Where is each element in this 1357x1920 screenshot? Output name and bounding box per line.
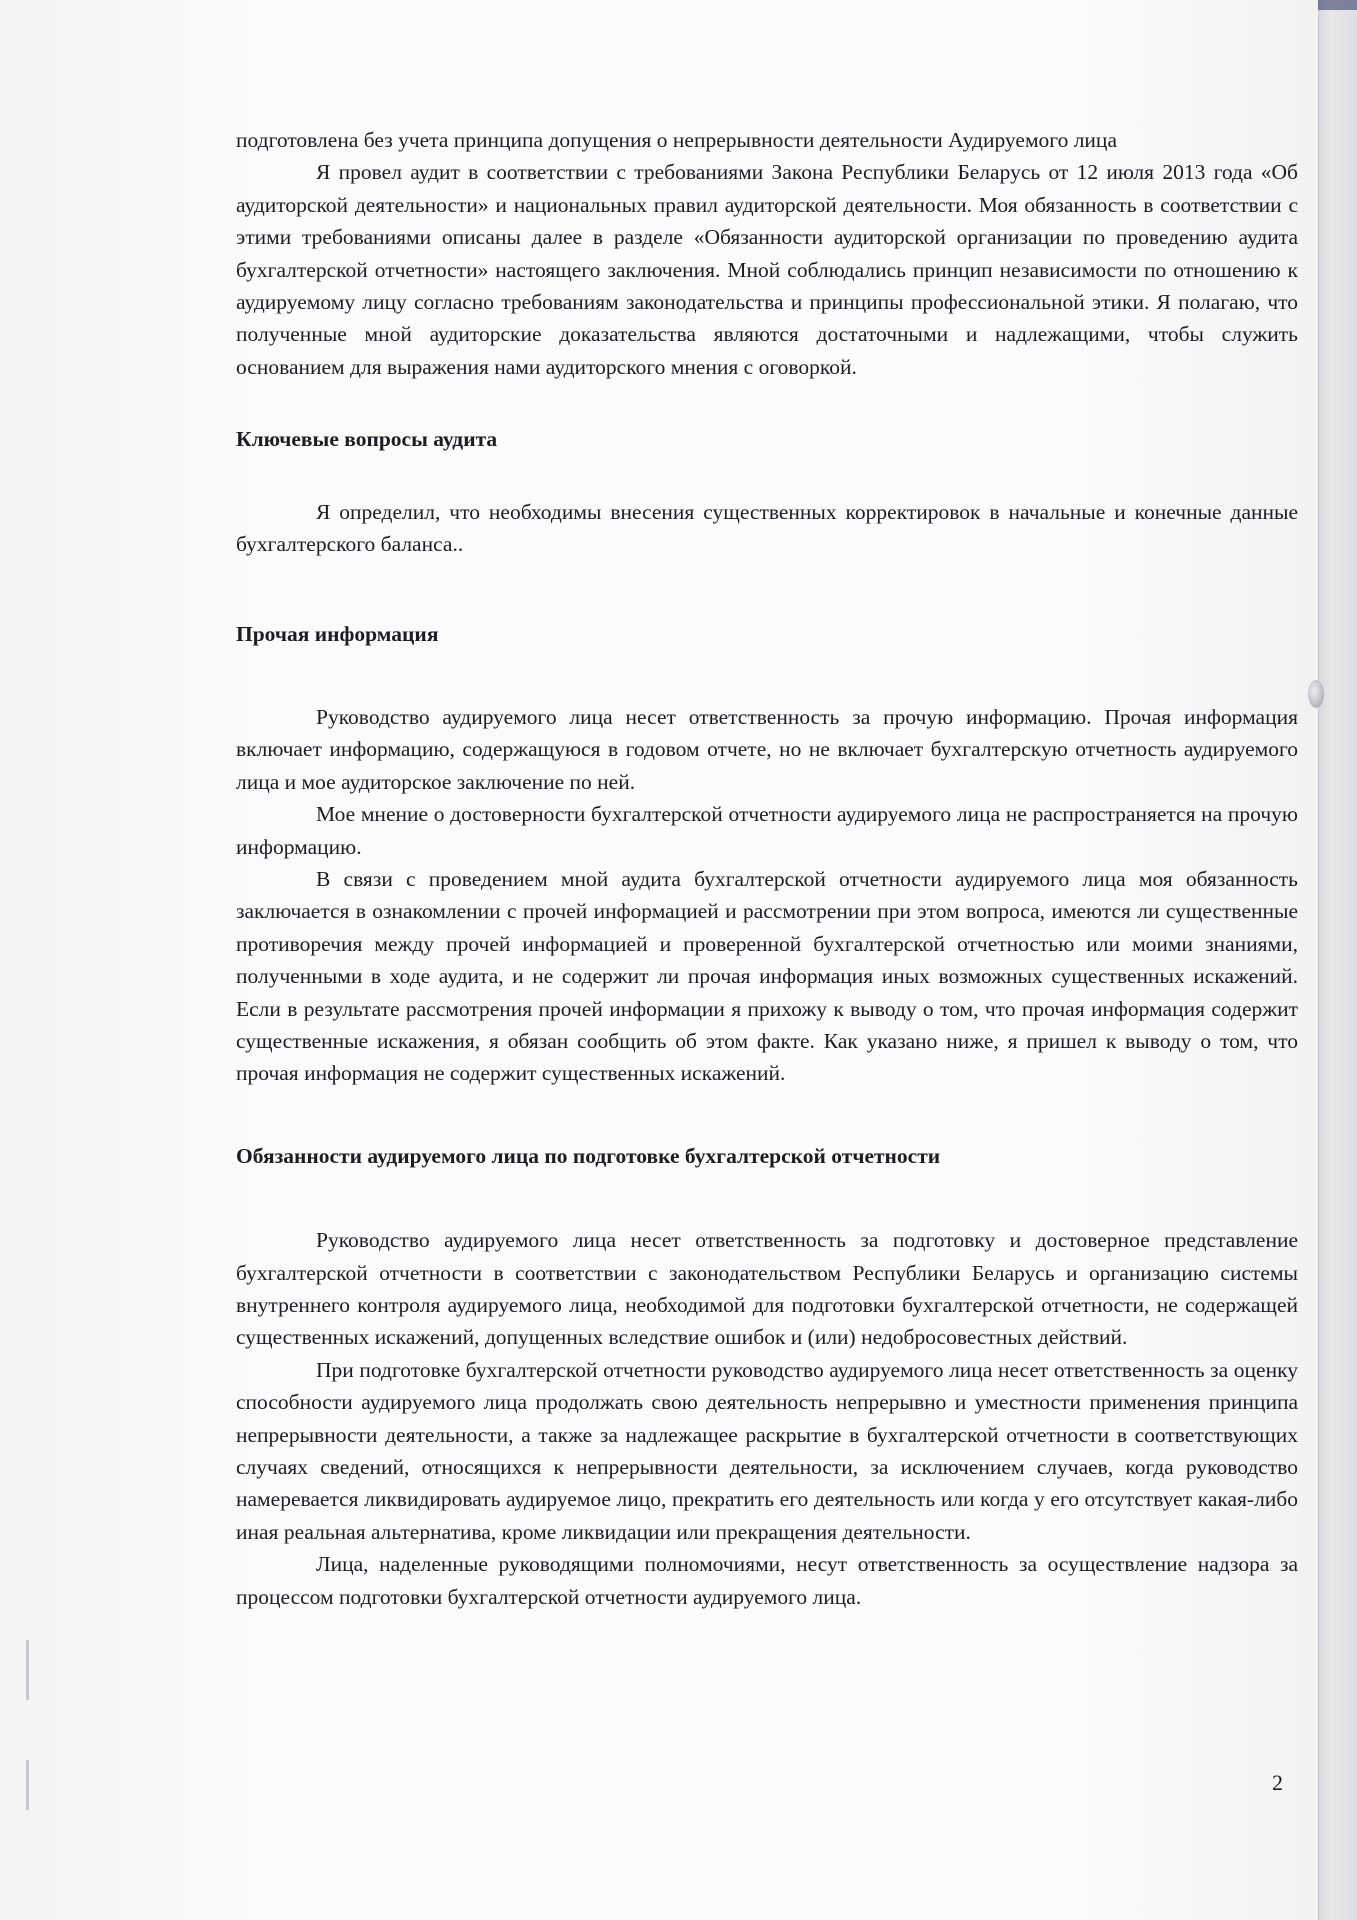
management-responsibilities-paragraph: При подготовке бухгалтерской отчетности … <box>236 1354 1298 1548</box>
other-information-paragraph: Руководство аудируемого лица несет ответ… <box>236 701 1298 798</box>
document-body: подготовлена без учета принципа допущени… <box>236 124 1298 1613</box>
section-heading-key-audit-matters: Ключевые вопросы аудита <box>236 423 1298 455</box>
key-audit-matters-paragraph: Я определил, что необходимы внесения сущ… <box>236 496 1298 561</box>
other-information-paragraph: Мое мнение о достоверности бухгалтерской… <box>236 798 1298 863</box>
section-heading-management-responsibilities: Обязанности аудируемого лица по подготов… <box>236 1140 1298 1172</box>
management-responsibilities-paragraph: Руководство аудируемого лица несет ответ… <box>236 1224 1298 1354</box>
continuation-text: подготовлена без учета принципа допущени… <box>236 124 1298 156</box>
other-information-paragraph: В связи с проведением мной аудита бухгал… <box>236 863 1298 1090</box>
page-number: 2 <box>1272 1770 1283 1796</box>
page-edge-shadow <box>1318 0 1357 1920</box>
binding-mark <box>26 1760 29 1810</box>
binding-mark <box>26 1640 29 1700</box>
section-heading-other-information: Прочая информация <box>236 618 1298 650</box>
management-responsibilities-paragraph: Лица, наделенные руководящими полномочия… <box>236 1548 1298 1613</box>
page-top-edge <box>1318 0 1357 10</box>
punch-hole-mark <box>1308 680 1324 708</box>
audit-basis-paragraph: Я провел аудит в соответствии с требован… <box>236 156 1298 383</box>
